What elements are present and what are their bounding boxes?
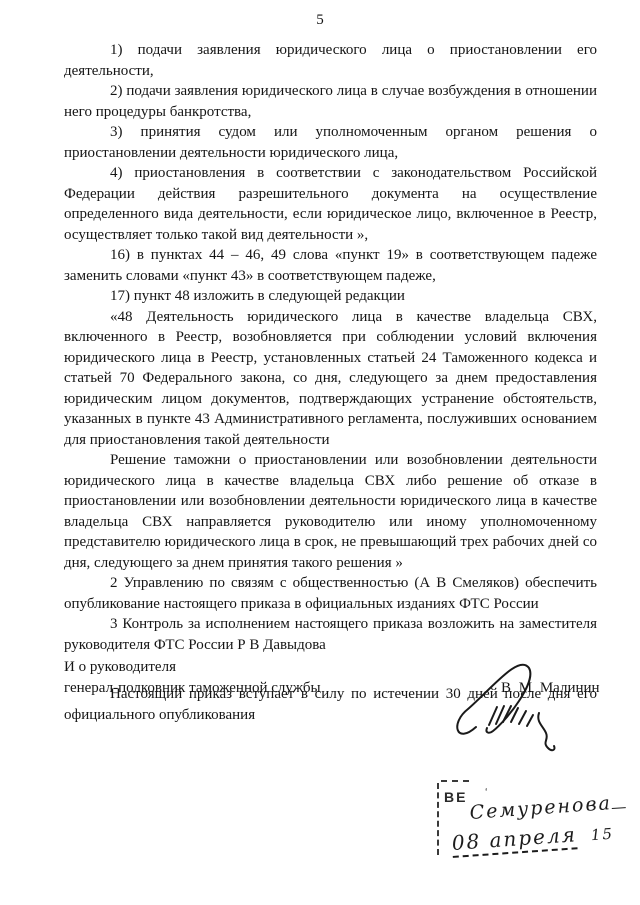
paragraph-item-order-3: 3 Контроль за исполнением настоящего при…	[64, 614, 597, 655]
paragraph-customs-decision: Решение таможни о приостановлении или во…	[64, 450, 597, 573]
paragraph-item-16: 16) в пунктах 44 – 46, 49 слова «пункт 1…	[64, 245, 597, 286]
handwritten-annotation-area: ВЕ ʻ Семуренова 08 апреля15	[437, 780, 637, 890]
handwritten-date-suffix: 15	[590, 825, 614, 845]
signoff-block: И о руководителя генерал-полковник тамож…	[64, 657, 597, 698]
paragraph-item-4: 4) приостановления в соответствии с зако…	[64, 163, 597, 245]
paragraph-item-1: 1) подачи заявления юридического лица о …	[64, 40, 597, 81]
signature-icon	[449, 650, 564, 758]
signer-name: В М Малинин	[501, 678, 600, 699]
handwriting-trailing-stroke	[612, 807, 626, 809]
document-body: 1) подачи заявления юридического лица о …	[64, 40, 597, 725]
signer-position: И о руководителя генерал-полковник тамож…	[64, 657, 321, 698]
signer-position-line2: генерал-полковник таможенной службы	[64, 678, 321, 699]
stamp-dashed-border	[441, 780, 469, 782]
paragraph-item-2: 2) подачи заявления юридического лица в …	[64, 81, 597, 122]
stamp-tick-mark: ʻ	[485, 787, 487, 799]
stamp-fragment-text: ВЕ	[444, 789, 467, 805]
page-number: 5	[0, 12, 640, 29]
paragraph-item-17: 17) пункт 48 изложить в следующей редакц…	[64, 286, 597, 307]
paragraph-item-order-2: 2 Управлению по связям с общественностью…	[64, 573, 597, 614]
signer-position-line1: И о руководителя	[64, 657, 321, 678]
document-page: 5 1) подачи заявления юридического лица …	[0, 0, 640, 905]
paragraph-item-3: 3) принятия судом или уполномоченным орг…	[64, 122, 597, 163]
paragraph-clause-48: «48 Деятельность юридического лица в кач…	[64, 307, 597, 451]
